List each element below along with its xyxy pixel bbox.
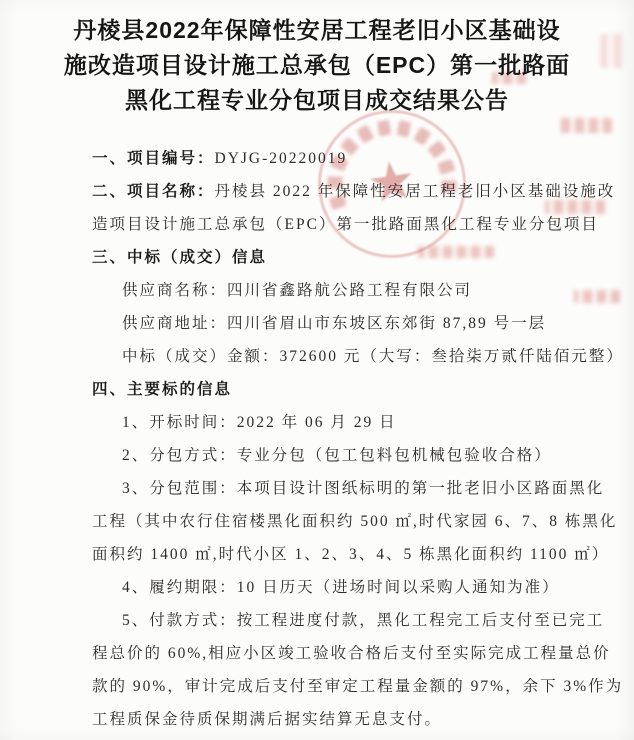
project-number-label: 一、项目编号： xyxy=(92,150,215,167)
title-line-2: 施改造项目设计施工总承包（EPC）第一批路面 xyxy=(0,48,634,83)
document-title: 丹棱县2022年保障性安居工程老旧小区基础设 施改造项目设计施工总承包（EPC）… xyxy=(0,13,634,118)
seal-arc-text xyxy=(377,120,391,137)
field-payment-terms-cont-1: 程总价的 60%,相应小区竣工验收合格后支付至实际完成工程量总价 xyxy=(92,637,634,670)
seal-arc-text xyxy=(396,120,411,137)
field-subcontract-scope: 3、分包范围：本项目设计图纸标明的第一批老旧小区路面黑化 xyxy=(122,472,634,505)
field-supplier-name: 供应商名称：四川省鑫路航公路工程有限公司 xyxy=(122,274,634,307)
project-name-label: 二、项目名称： xyxy=(92,183,215,200)
field-payment-terms: 5、付款方式：按工程进度付款，黑化工程完工后支付至已完工 xyxy=(122,604,634,637)
section-subject-info: 四、主要标的信息 xyxy=(92,373,634,406)
field-bid-opening-time: 1、开标时间：2022 年 06 月 29 日 xyxy=(122,406,634,439)
field-subcontract-scope-cont-1: 工程（其中农行住宿楼黑化面积约 500 ㎡,时代家园 6、7、8 栋黑化 xyxy=(92,505,634,538)
document-body: 一、项目编号：DYJG-20220019 二、项目名称：丹棱县 2022 年保障… xyxy=(0,142,634,736)
ink-bleed-mark xyxy=(560,118,612,133)
field-award-amount: 中标（成交）金额：372600 元（大写：叁拾柒万贰仟陆佰元整） xyxy=(122,340,634,373)
field-supplier-address: 供应商地址：四川省眉山市东坡区东郊街 87,89 号一层 xyxy=(122,307,634,340)
field-project-number: 一、项目编号：DYJG-20220019 xyxy=(92,142,634,175)
section-subject-info-label: 四、主要标的信息 xyxy=(92,381,232,398)
field-payment-terms-cont-2: 款的 90%，审计完成后支付至审定工程量金额的 97%，余下 3%作为 xyxy=(92,670,634,703)
section-award-info: 三、中标（成交）信息 xyxy=(92,241,634,274)
field-payment-terms-cont-3: 工程质保金待质保期满后据实结算无息支付。 xyxy=(92,703,634,736)
field-performance-period: 4、履约期限：10 日历天（进场时间以采购人通知为准） xyxy=(122,571,634,604)
field-project-name-cont: 造项目设计施工总承包（EPC）第一批路面黑化工程专业分包项目 xyxy=(92,208,634,241)
field-subcontract-scope-cont-2: 面积约 1400 ㎡,时代小区 1、2、3、4、5 栋黑化面积约 1100 ㎡） xyxy=(92,538,634,571)
title-line-3: 黑化工程专业分包项目成交结果公告 xyxy=(0,83,634,118)
field-subcontract-method: 2、分包方式：专业分包（包工包料包机械包验收合格） xyxy=(122,439,634,472)
field-project-name: 二、项目名称：丹棱县 2022 年保障性安居工程老旧小区基础设施改 xyxy=(92,175,634,208)
title-line-1: 丹棱县2022年保障性安居工程老旧小区基础设 xyxy=(0,13,634,48)
project-name-value: 丹棱县 2022 年保障性安居工程老旧小区基础设施改 xyxy=(215,183,616,200)
section-award-info-label: 三、中标（成交）信息 xyxy=(92,249,267,266)
seal-arc-text xyxy=(356,125,374,144)
scanned-document-page: { "title": { "line1": "丹棱县2022年保障性安居工程老旧… xyxy=(0,0,634,740)
project-number-value: DYJG-20220019 xyxy=(215,150,348,167)
